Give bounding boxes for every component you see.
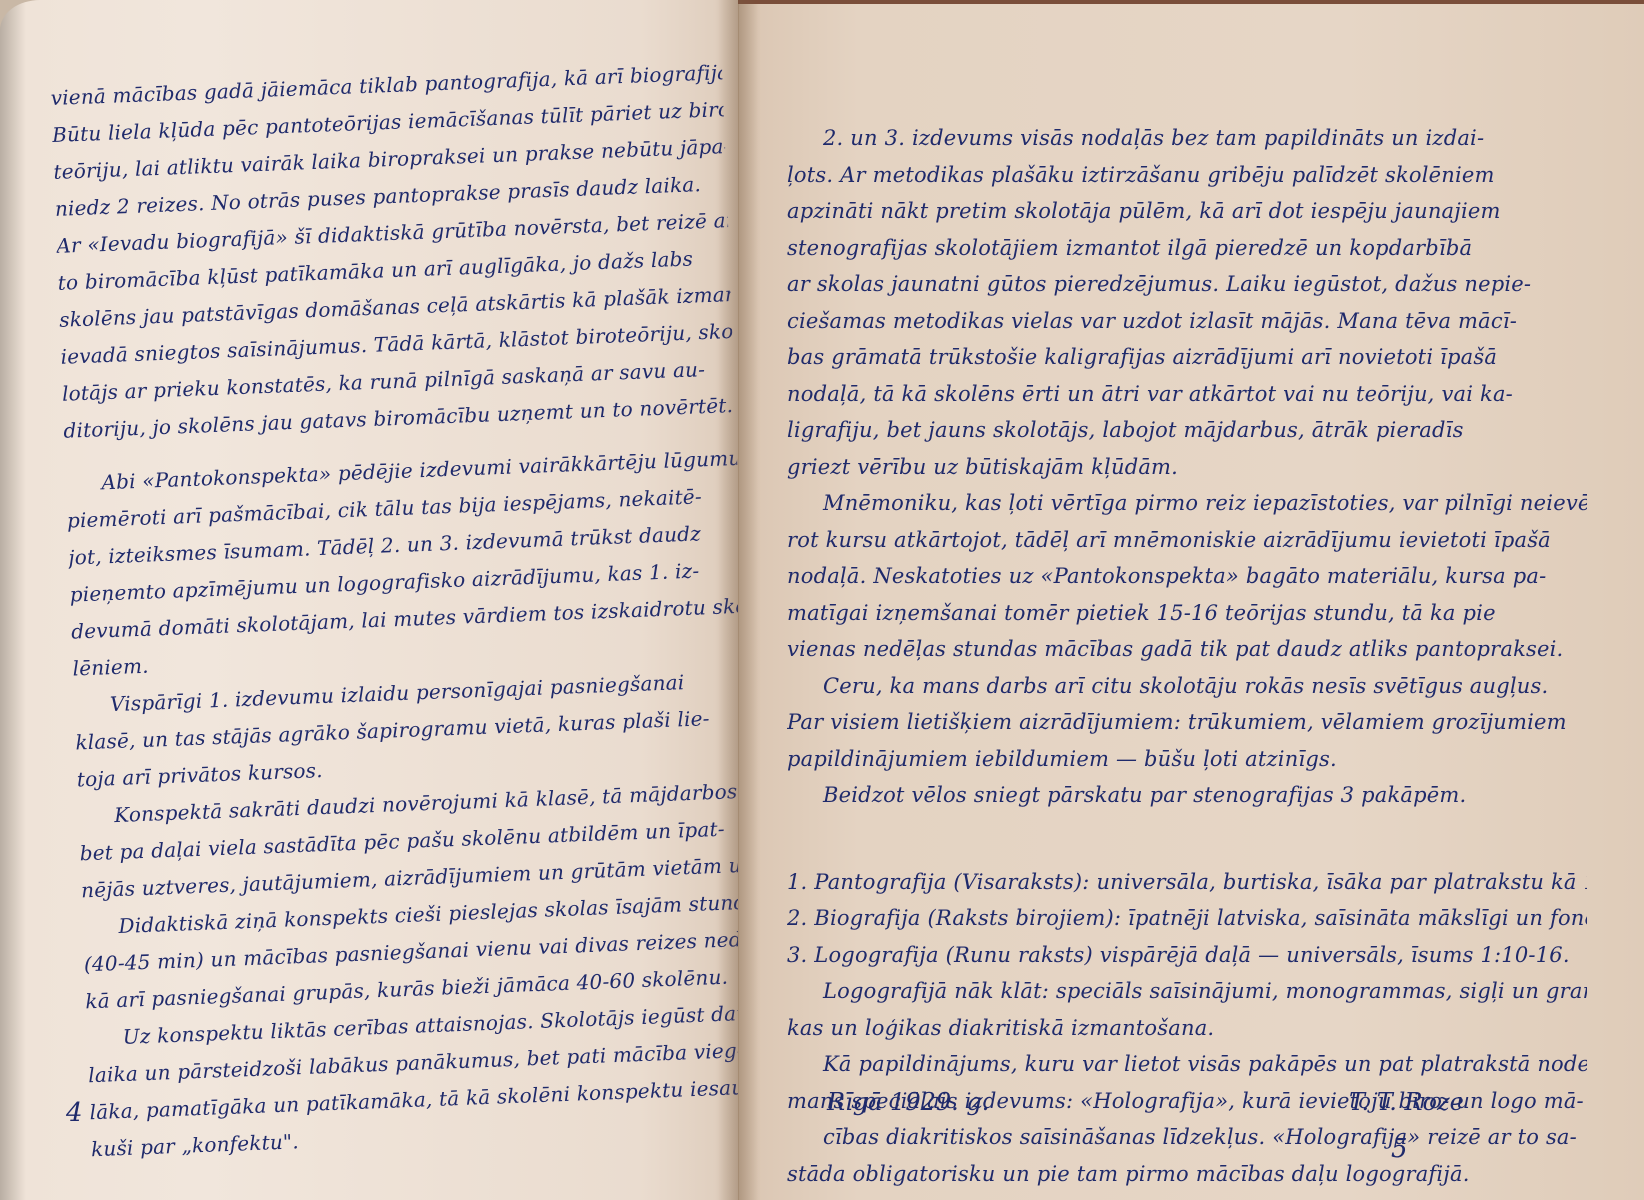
left-page-text: vienā mācības gadā jāiemāca tiklab panto… [50, 54, 763, 1168]
text-line: stenografijas skolotājiem izmantot ilgā … [787, 230, 1587, 267]
text-line: nodaļā, tā kā skolēns ērti un ātri var a… [787, 376, 1587, 413]
text-line: bas grāmatā trūkstošie kaligrafijas aizr… [787, 339, 1587, 376]
book-cover-edge [738, 0, 1644, 4]
text-line: papildinājumiem iebildumiem — būšu ļoti … [787, 741, 1587, 778]
open-booklet-spread: vienā mācības gadā jāiemāca tiklab panto… [0, 0, 1644, 1200]
list-item: 2. Biografija (Raksts birojiem): īpatnēj… [787, 900, 1587, 937]
text-line: stāda obligatorisku un pie tam pirmo māc… [787, 1156, 1587, 1193]
text-line: ļots. Ar metodikas plašāku iztirzāšanu g… [787, 157, 1587, 194]
left-page: vienā mācības gadā jāiemāca tiklab panto… [0, 0, 738, 1200]
text-line: kas un loģikas diakritiskā izmantošana. [787, 1010, 1587, 1047]
list-item: 1. Pantografija (Visaraksts): universāla… [787, 864, 1587, 901]
text-line: Kā papildinājums, kuru var lietot visās … [787, 1046, 1587, 1083]
text-line: 2. un 3. izdevums visās nodaļās bez tam … [787, 120, 1587, 157]
text-line: Ceru, ka mans darbs arī citu skolotāju r… [787, 668, 1587, 705]
right-page: 2. un 3. izdevums visās nodaļās bez tam … [738, 0, 1644, 1200]
list-item: 3. Logografija (Runu raksts) vispārējā d… [787, 937, 1587, 974]
text-line: nodaļā. Neskatoties uz «Pantokonspekta» … [787, 558, 1587, 595]
text-line: ligrafiju, bet jauns skolotājs, labojot … [787, 412, 1587, 449]
section-gap [787, 814, 1587, 864]
text-line: Mnēmoniku, kas ļoti vērtīga pirmo reiz i… [787, 485, 1587, 522]
page-number: 5 [1391, 1134, 1408, 1164]
text-line: Par visiem lietišķiem aizrādījumiem: trū… [787, 704, 1587, 741]
text-line: matīgai izņemšanai tomēr pietiek 15-16 t… [787, 595, 1587, 632]
text-line: Logografijā nāk klāt: speciāls saīsināju… [787, 973, 1587, 1010]
text-line: cības diakritiskos saīsināšanas līdzekļu… [787, 1119, 1587, 1156]
text-line: griezt vērību uz būtiskajām kļūdām. [787, 449, 1587, 486]
text-line: vienas nedēļas stundas mācības gadā tik … [787, 631, 1587, 668]
text-line: Beidzot vēlos sniegt pārskatu par stenog… [787, 777, 1587, 814]
signoff-author: T. T. Roze [1349, 1088, 1464, 1116]
text-line: ar skolas jaunatni gūtos pieredzējumus. … [787, 266, 1587, 303]
text-line: apzināti nākt pretim skolotāja pūlēm, kā… [787, 193, 1587, 230]
right-page-text: 2. un 3. izdevums visās nodaļās bez tam … [787, 120, 1587, 1192]
text-line: rot kursu atkārtojot, tādēļ arī mnēmonis… [787, 522, 1587, 559]
signoff-place-date: Rīgā 1929. g. [827, 1088, 989, 1116]
text-line: ciešamas metodikas vielas var uzdot izla… [787, 303, 1587, 340]
page-number: 4 [66, 1098, 83, 1128]
